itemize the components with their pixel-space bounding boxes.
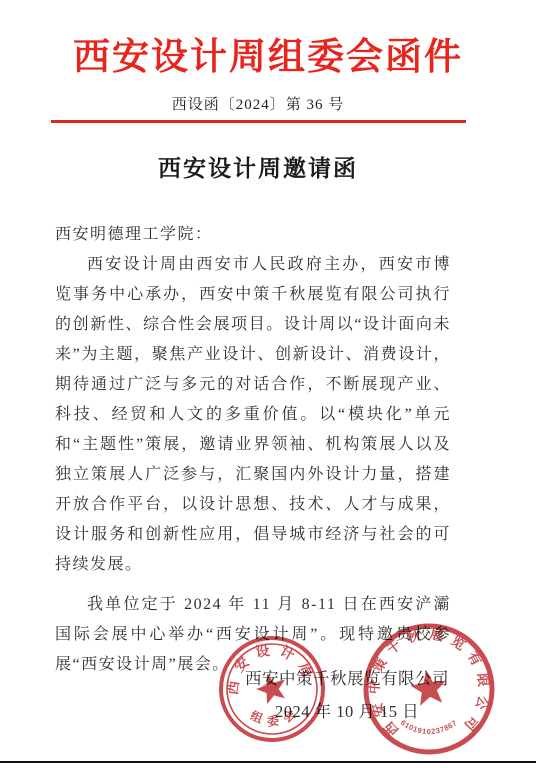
company-seal: 西安中策千秋展览有限公司 6101910237867 (361, 621, 497, 757)
paragraph: 西安设计周由西安市人民政府主办，西安市博览事务中心承办，西安中策千秋展览有限公司… (55, 250, 451, 580)
bottom-border-line (0, 761, 536, 763)
svg-text:6101910237867: 6101910237867 (399, 718, 459, 736)
letter-body: 西安明德理工学院： 西安设计周由西安市人民政府主办，西安市博览事务中心承办，西安… (55, 220, 451, 680)
committee-seal: 西安设计周 组委会 (210, 627, 334, 751)
company-seal-serial-number: 6101910237867 (399, 718, 459, 736)
doc-number: 西设函〔2024〕第 36 号 (51, 93, 465, 114)
letter-page: 西安设计周组委会函件 西设函〔2024〕第 36 号 西安设计周邀请函 西安明德… (0, 0, 536, 768)
star-icon (253, 669, 291, 706)
letterhead-title: 西安设计周组委会函件 (0, 26, 536, 80)
letter-title: 西安设计周邀请函 (51, 150, 465, 183)
header-divider-line (51, 120, 466, 123)
salutation: 西安明德理工学院： (55, 220, 451, 250)
star-icon (408, 668, 449, 707)
